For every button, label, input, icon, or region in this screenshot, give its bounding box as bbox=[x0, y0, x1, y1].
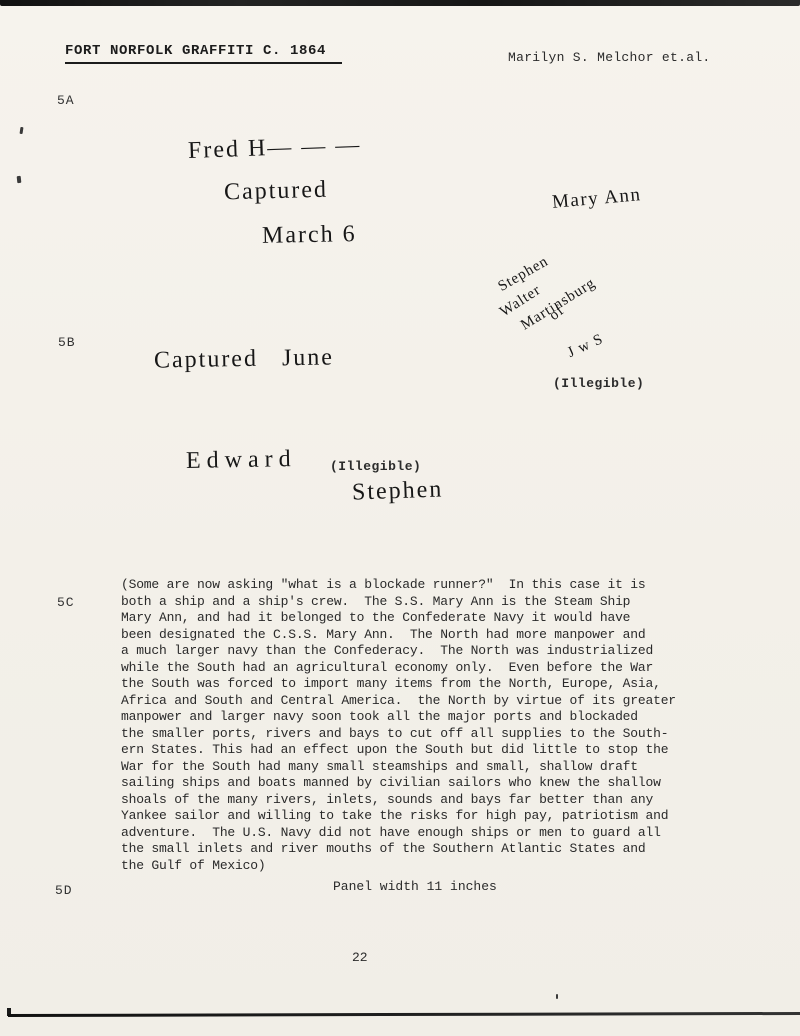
page-number: 22 bbox=[352, 950, 368, 965]
illegible-caption-1: (Illegible) bbox=[553, 376, 644, 391]
author-byline: Marilyn S. Melchor et.al. bbox=[508, 50, 711, 65]
panel-label-5b: 5B bbox=[58, 335, 76, 350]
ink-speck bbox=[20, 127, 24, 134]
graffiti-jws: J w S bbox=[565, 331, 606, 362]
scan-edge-top bbox=[0, 0, 800, 6]
graffiti-captured-june: Captured June bbox=[154, 344, 334, 374]
panel-width-note: Panel width 11 inches bbox=[333, 879, 497, 894]
ink-speck bbox=[17, 176, 22, 183]
graffiti-march-6: March 6 bbox=[262, 221, 357, 250]
graffiti-edward: Edward bbox=[186, 446, 297, 475]
graffiti-mary-ann: Mary Ann bbox=[551, 184, 642, 214]
panel-label-5a: 5A bbox=[57, 93, 75, 108]
scanned-document-page: FORT NORFOLK GRAFFITI C. 1864 Marilyn S.… bbox=[0, 0, 800, 1036]
graffiti-stephen-2: Stephen bbox=[352, 476, 444, 506]
graffiti-captured: Captured bbox=[224, 177, 329, 207]
panel-label-5c: 5C bbox=[57, 595, 75, 610]
ink-speck bbox=[556, 994, 558, 999]
illegible-caption-2: (Illegible) bbox=[330, 459, 421, 474]
blockade-runner-paragraph: (Some are now asking "what is a blockade… bbox=[121, 577, 731, 874]
document-title: FORT NORFOLK GRAFFITI C. 1864 bbox=[65, 43, 342, 64]
panel-label-5d: 5D bbox=[55, 883, 73, 898]
graffiti-fred-h: Fred H— — — bbox=[188, 132, 362, 165]
scan-edge-bottom bbox=[8, 1012, 800, 1017]
